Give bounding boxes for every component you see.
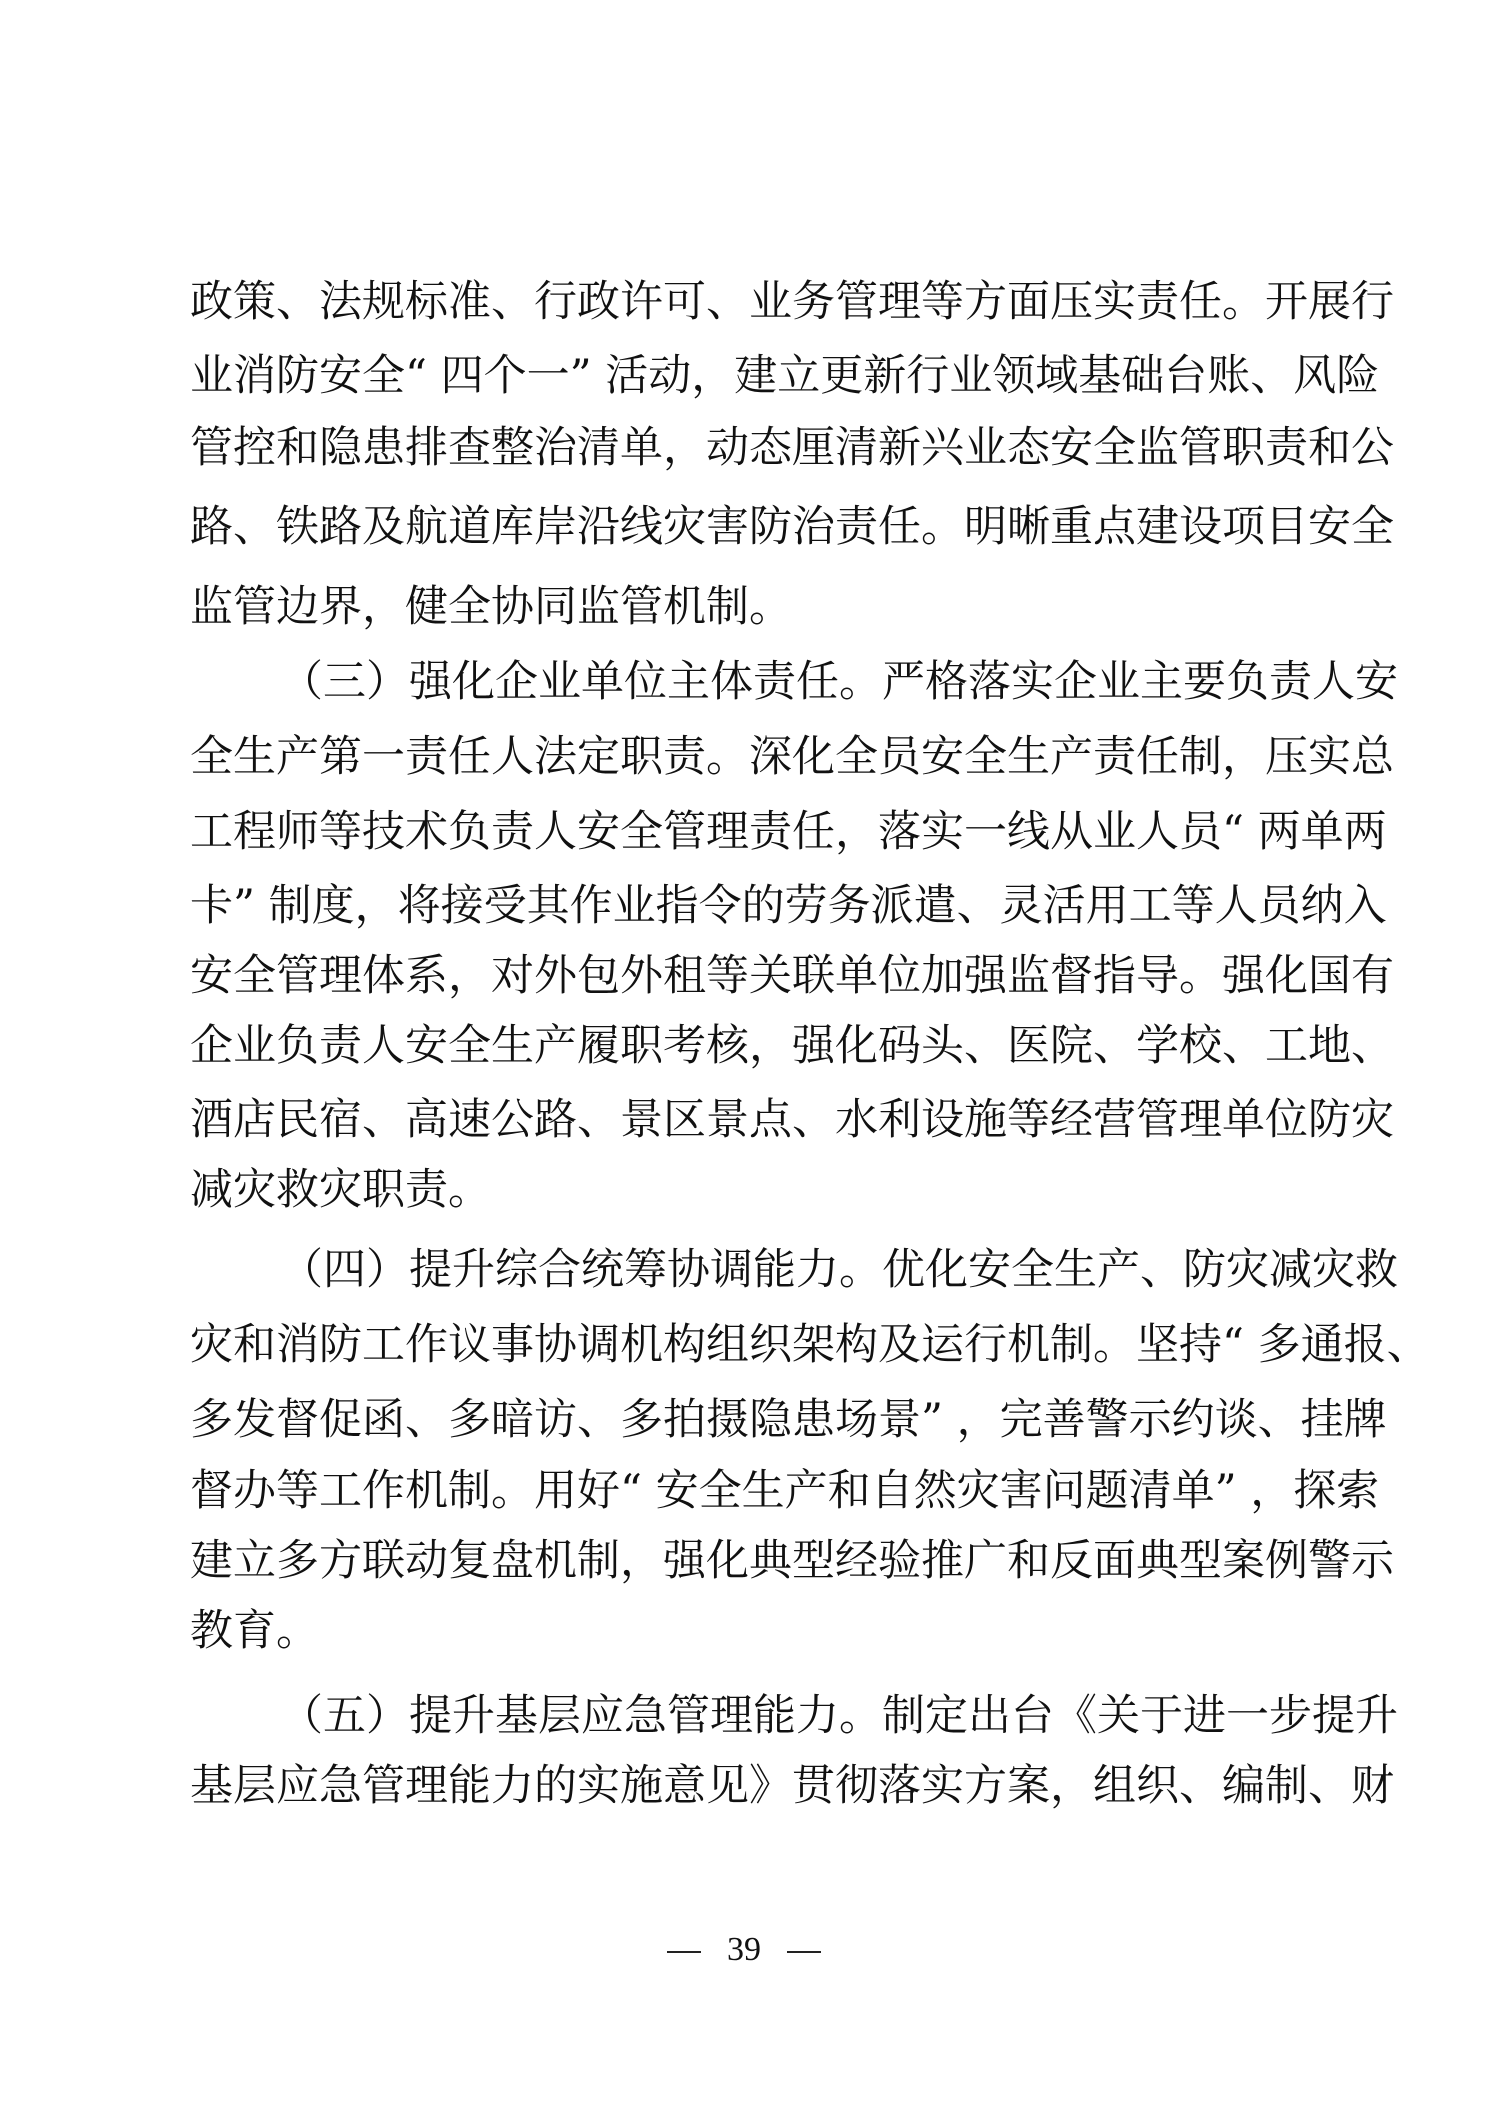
text-line: 基层应急管理能力的实施意见》贯彻落实方案，组织、编制、财 [190, 1756, 1300, 1816]
document-page: 政策、法规标准、行政许可、业务管理等方面压实责任。开展行 业消防安全“ 四个一”… [0, 0, 1488, 2105]
text-line: 多发督促函、多暗访、多拍摄隐患场景” ，完善警示约谈、挂牌 [190, 1390, 1300, 1450]
text-line: 督办等工作机制。用好“ 安全生产和自然灾害问题清单” ，探索 [190, 1461, 1300, 1521]
text-line: 减灾救灾职责。 [190, 1160, 1300, 1220]
text-line: 酒店民宿、高速公路、景区景点、水利设施等经营管理单位防灾 [190, 1090, 1300, 1150]
dash-left [667, 1951, 701, 1953]
page-number: 39 [727, 1931, 761, 1968]
section-heading-line: （四）提升综合统筹协调能力。优化安全生产、防灾减灾救 [280, 1240, 1300, 1300]
text-line: 灾和消防工作议事协调机构组织架构及运行机制。坚持“ 多通报、 [190, 1315, 1300, 1375]
text-line: 监管边界，健全协同监管机制。 [190, 577, 1300, 637]
text-line: 路、铁路及航道库岸沿线灾害防治责任。明晰重点建设项目安全 [190, 497, 1300, 557]
text-line: 建立多方联动复盘机制，强化典型经验推广和反面典型案例警示 [190, 1531, 1300, 1591]
text-line: 工程师等技术负责人安全管理责任，落实一线从业人员“ 两单两 [190, 802, 1300, 862]
text-line: 安全管理体系，对外包外租等关联单位加强监督指导。强化国有 [190, 946, 1300, 1006]
text-line: 业消防安全“ 四个一” 活动，建立更新行业领域基础台账、风险 [190, 346, 1300, 406]
text-line: 企业负责人安全生产履职考核，强化码头、医院、学校、工地、 [190, 1016, 1300, 1076]
text-line: 卡” 制度，将接受其作业指令的劳务派遣、灵活用工等人员纳入 [190, 876, 1300, 936]
page-footer: 39 [0, 1930, 1488, 1970]
text-line: 全生产第一责任人法定职责。深化全员安全生产责任制，压实总 [190, 727, 1300, 787]
text-line: 政策、法规标准、行政许可、业务管理等方面压实责任。开展行 [190, 272, 1300, 332]
section-heading-line: （三）强化企业单位主体责任。严格落实企业主要负责人安 [280, 652, 1300, 712]
text-line: 管控和隐患排查整治清单，动态厘清新兴业态安全监管职责和公 [190, 418, 1300, 478]
dash-right [787, 1951, 821, 1953]
section-heading-line: （五）提升基层应急管理能力。制定出台《关于进一步提升 [280, 1686, 1300, 1746]
text-line: 教育。 [190, 1601, 1300, 1661]
